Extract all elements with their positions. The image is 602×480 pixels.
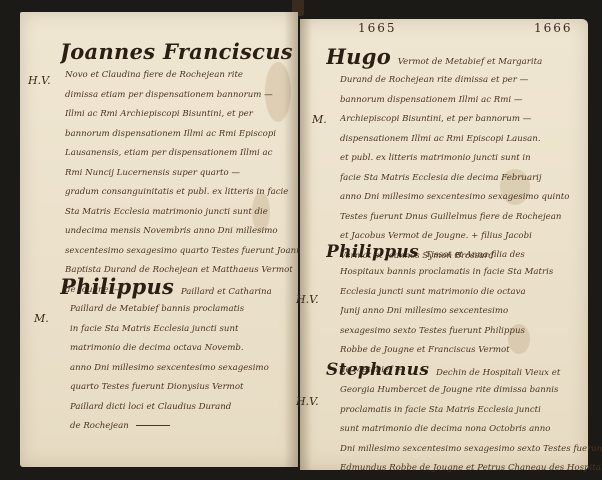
register-entry: Hugo Vermot de Metabief et Margarita Dur… [326, 43, 569, 266]
entry-line: dispensationem Illmi ac Rmi Episcopi Lau… [340, 130, 569, 150]
entry-line: Ecclesia juncti sunt matrimonio die octa… [340, 283, 553, 303]
entry-line: Testes fuerunt Dnus Guillelmus fiere de … [340, 208, 569, 228]
register-entry: Stephanus Dechin de Hospitali Vieux et G… [326, 359, 602, 479]
register-spread: H.V. Joannes Franciscus Vermot de Hospit… [0, 0, 602, 480]
register-entry: Philippus Paillard et Catharina Paillard… [60, 274, 272, 437]
entry-line: matrimonio die decima octava Novemb. [70, 339, 272, 359]
entry-line: Tissot et Anna filia des [426, 244, 525, 263]
entry-line: Archiepiscopi Bisuntini, et per bannorum… [340, 110, 569, 130]
margin-note: H.V. [296, 293, 319, 306]
margin-note: H.V. [28, 74, 51, 87]
margin-note: M. [312, 113, 327, 126]
entry-name: Joannes Franciscus [60, 39, 293, 64]
entry-line: anno Dni millesimo sexcentesimo sexagesi… [70, 359, 272, 379]
year-heading: 1666 [534, 21, 573, 35]
left-page: H.V. Joannes Franciscus Vermot de Hospit… [20, 12, 298, 467]
entry-line: Durand de Rochejean rite dimissa et per … [340, 71, 569, 91]
year-heading: 1665 [358, 21, 397, 35]
entry-line: Paillard et Catharina [181, 279, 272, 300]
entry-name: Stephanus [326, 360, 429, 380]
entry-line: proclamatis in facie Sta Matris Ecclesia… [340, 401, 602, 421]
entry-line: Edmundus Robbe de Jougne et Petrus Chane… [340, 459, 602, 479]
entry-line: Georgia Humbercet de Jougne rite dimissa… [340, 381, 602, 401]
entry-line: de Rochejean [70, 417, 272, 437]
line-flourish [136, 425, 170, 426]
entry-line: bannorum dispensationem Illmi ac Rmi — [340, 91, 569, 111]
entry-line: Paillard de Metabief bannis proclamatis [70, 300, 272, 320]
entry-line: Vermot de Metabief et Margarita [398, 48, 543, 71]
entry-line: et publ. ex litteris matrimonio juncti s… [340, 149, 569, 169]
entry-line: Paillard dicti loci et Claudius Durand [70, 398, 272, 418]
entry-line: Dni millesimo sexcentesimo sexagesimo se… [340, 440, 602, 460]
right-page: 1665 1666 M. Hugo Vermot de Metabief et … [300, 19, 588, 470]
entry-line: anno Dni millesimo sexcentesimo sexagesi… [340, 188, 569, 208]
entry-line: Dechin de Hospitali Vieux et [436, 362, 560, 381]
entry-line: Hospitaux bannis proclamatis in facie St… [340, 263, 553, 283]
entry-line-text: de Rochejean [70, 421, 129, 431]
entry-line: sexagesimo sexto Testes fuerunt Philippu… [340, 322, 553, 342]
entry-name: Philippus [326, 242, 419, 262]
entry-line: Robbe de Jougne et Franciscus Vermot [340, 341, 553, 361]
entry-line: Junij anno Dni millesimo sexcentesimo [340, 302, 553, 322]
margin-note: H.V. [296, 395, 319, 408]
entry-line: facie Sta Matris Ecclesia die decima Feb… [340, 169, 569, 189]
entry-line: in facie Sta Matris Ecclesia juncti sunt [70, 320, 272, 340]
entry-line: sunt matrimonio die decima nona Octobris… [340, 420, 602, 440]
entry-name: Hugo [326, 44, 391, 69]
margin-note: M. [34, 312, 49, 325]
entry-name: Philippus [60, 274, 174, 299]
entry-line: quarto Testes fuerunt Dionysius Vermot [70, 378, 272, 398]
